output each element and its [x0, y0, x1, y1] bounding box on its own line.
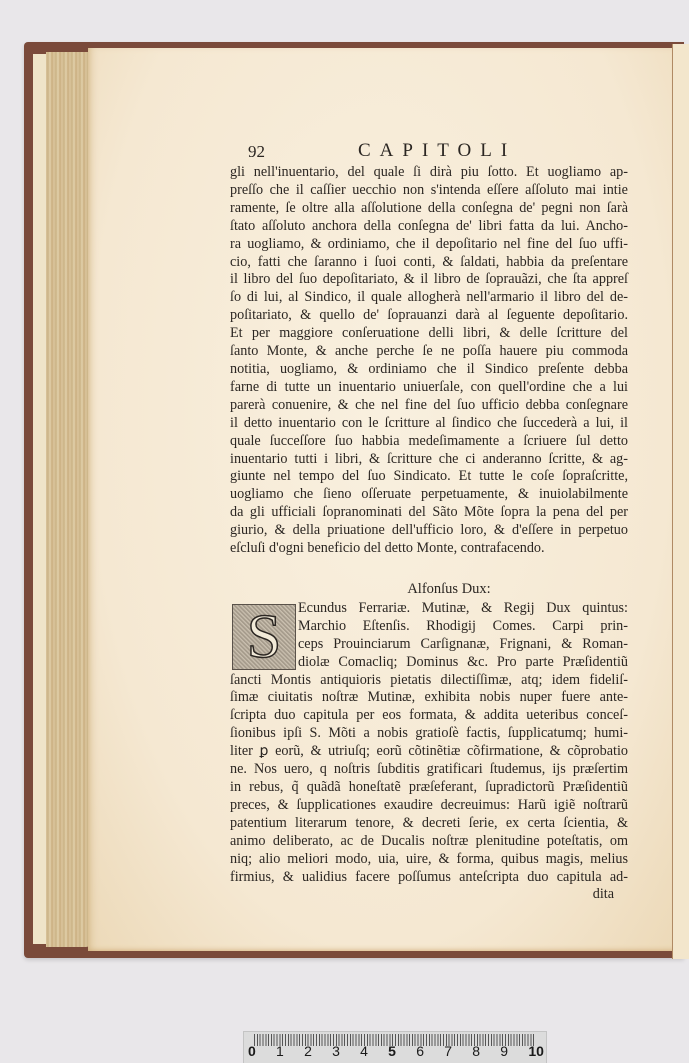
text-line: ne. Nos uero, q noſtris ſubditis gratifi…: [230, 761, 628, 779]
ruler-label: 1: [276, 1043, 284, 1059]
text-line: il libro del ſuo depoſitariato, & il lib…: [230, 271, 628, 289]
text-line: Marchio Eſtenſis. Rhodigij Comes. Carpi …: [298, 618, 628, 636]
ruler-labels: 0 1 2 3 4 5 6 7 8 9 10: [248, 1043, 544, 1059]
text-line: eſcluſi d'ogni beneficio del detto Monte…: [230, 540, 628, 558]
text-line: notitia, uogliamo, & ordiniamo che il Si…: [230, 361, 628, 379]
ruler-label: 10: [528, 1043, 544, 1059]
catchword: dita: [230, 886, 628, 904]
ruler-label: 5: [388, 1043, 396, 1059]
page-header: 92 CAPITOLI: [230, 140, 628, 164]
text-line: ra uogliamo, & ordiniamo, che il depoſit…: [230, 236, 628, 254]
text-line: ſanto Monte, & anche perche ſe ne poſſa …: [230, 343, 628, 361]
running-title: CAPITOLI: [358, 140, 516, 162]
text-line: il detto inuentario con le ſcritture al …: [230, 415, 628, 433]
body-paragraph: gli nell'inuentario, del quale ſi dirà p…: [230, 164, 628, 558]
text-line: liter ꝑ eorũ, & utriuſq; eorũ cõtinẽtiæ …: [230, 743, 628, 761]
text-line: ſcripta duo capitula per eos formata, & …: [230, 707, 628, 725]
text-line: cio, fatti che ſaranno i ſuoi conti, & ſ…: [230, 254, 628, 272]
text-line: quale ſucceſſore ſuo habbia medeſimament…: [230, 433, 628, 451]
text-line: giunte nel tempo del ſuo Sindicato. Et t…: [230, 468, 628, 486]
page-edges: [46, 52, 90, 947]
page-number: 92: [248, 142, 265, 162]
text-line: inuentario tutti i libri, & ſcritture ch…: [230, 451, 628, 469]
ruler-label: 6: [416, 1043, 424, 1059]
text-line: animo deliberato, ac de Ducalis noſtræ p…: [230, 833, 628, 851]
text-line: parerà conuenire, & che nel fine del ſuo…: [230, 397, 628, 415]
ruler-label: 9: [500, 1043, 508, 1059]
text-line: giurio, & della priuatione dell'ufficio …: [230, 522, 628, 540]
facing-page-edge: [672, 44, 689, 959]
text-line: farne di tutte un inuentario uniuerſale,…: [230, 379, 628, 397]
page-text-block: 92 CAPITOLI gli nell'inuentario, del qua…: [230, 140, 628, 904]
endpaper: [33, 54, 47, 944]
text-line: uogliamo che ſieno oſſeruate perpetuamen…: [230, 486, 628, 504]
text-line: ſtato aſſoluto anchora della conſegna de…: [230, 218, 628, 236]
scale-ruler: 0 1 2 3 4 5 6 7 8 9 10: [243, 1031, 547, 1063]
text-line: patentium literarum tenore, & decreti ſe…: [230, 815, 628, 833]
text-line: preſſo che il caſſier uecchio non s'inte…: [230, 182, 628, 200]
text-line: da gli ufficiali ſopranominati del Sãto …: [230, 504, 628, 522]
ruler-label: 2: [304, 1043, 312, 1059]
text-line: preces, & ſupplicationes exaudire decreu…: [230, 797, 628, 815]
ruler-label: 7: [444, 1043, 452, 1059]
ruler-label: 8: [472, 1043, 480, 1059]
text-line: in rebus, q̃ quãdã honeſtatẽ præſeferant…: [230, 779, 628, 797]
text-line: ſionibus ipſi S. Mõti a nobis gratioſè f…: [230, 725, 628, 743]
text-line: poſitariato, & quello de' ſoprauanzi dar…: [230, 307, 628, 325]
text-line: ſo di lui, al Sindico, il quale allogher…: [230, 289, 628, 307]
text-line: ceps Prouinciarum Carſignanæ, Frignani, …: [298, 636, 628, 654]
text-line: firmius, & ualidius facere poſſumus ante…: [230, 869, 628, 887]
text-line: ſimæ ciuitatis noſtræ Mutinæ, exhibita n…: [230, 689, 628, 707]
text-line: Et per maggiore conſeruatione delli libr…: [230, 325, 628, 343]
decree-paragraph: S Ecundus Ferrariæ. Mutinæ, & Regij Dux …: [230, 600, 628, 904]
text-line: ramente, ſe oltre alla aſſolutione della…: [230, 200, 628, 218]
text-line: niq; alio meliori modo, uia, uire, & for…: [230, 851, 628, 869]
decorated-initial-icon: S: [232, 604, 296, 670]
ruler-label: 0: [248, 1043, 256, 1059]
text-line: gli nell'inuentario, del quale ſi dirà p…: [230, 164, 628, 182]
decree-title: Alfonſus Dux:: [270, 580, 628, 598]
text-line: Ecundus Ferrariæ. Mutinæ, & Regij Dux qu…: [298, 600, 628, 618]
ruler-label: 3: [332, 1043, 340, 1059]
text-line: diolæ Comacliq; Dominus &c. Pro parte Pr…: [298, 654, 628, 672]
text-line: ſancti Montis antiquioris pietatis dilec…: [230, 672, 628, 690]
ruler-label: 4: [360, 1043, 368, 1059]
